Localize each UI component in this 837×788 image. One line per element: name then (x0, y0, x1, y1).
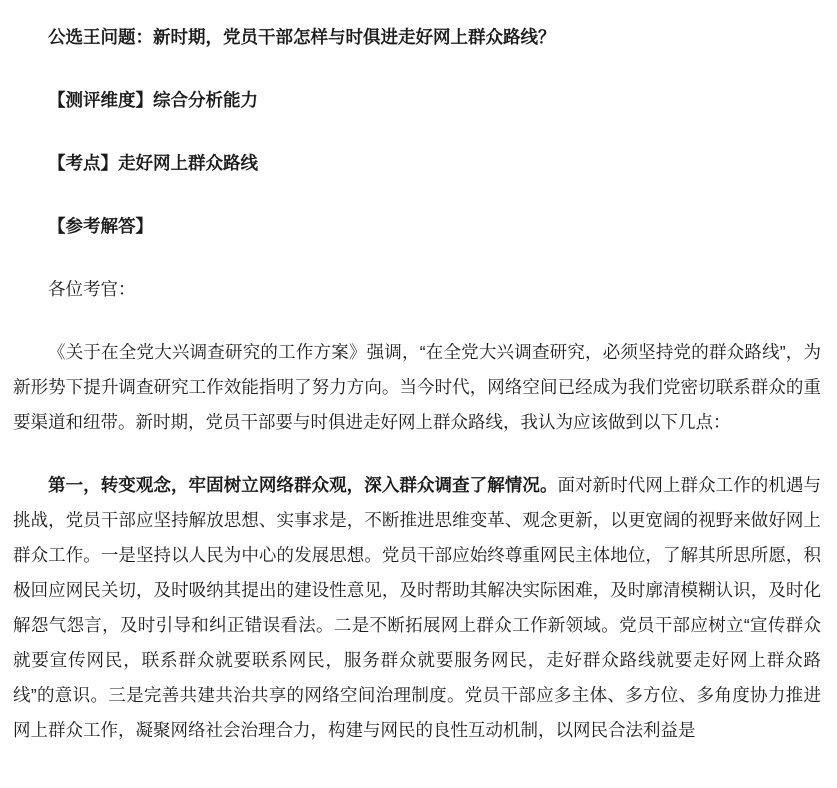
heading-exam-point: 【考点】走好网上群众路线 (13, 146, 821, 181)
paragraph-point-one-lead: 第一，转变观念，牢固树立网络群众观，深入群众调查了解情况。 (48, 475, 558, 495)
question-title: 公选王问题：新时期，党员干部怎样与时俱进走好网上群众路线？ (13, 20, 821, 55)
document-viewport: 公选王问题：新时期，党员干部怎样与时俱进走好网上群众路线？ 【测评维度】综合分析… (0, 0, 837, 788)
paragraph-point-one-text: 面对新时代网上群众工作的机遇与挑战，党员干部应坚持解放思想、实事求是，不断推进思… (13, 475, 821, 740)
salutation-line: 各位考官： (13, 272, 821, 307)
paragraph-point-one: 第一，转变观念，牢固树立网络群众观，深入群众调查了解情况。面对新时代网上群众工作… (13, 468, 821, 748)
paragraph-introduction-text: 《关于在全党大兴调查研究的工作方案》强调，“在全党大兴调查研究，必须坚持党的群众… (13, 342, 821, 432)
heading-reference-answer: 【参考解答】 (13, 209, 821, 244)
document-page: 公选王问题：新时期，党员干部怎样与时俱进走好网上群众路线？ 【测评维度】综合分析… (0, 0, 837, 748)
heading-evaluation-dimension: 【测评维度】综合分析能力 (13, 83, 821, 118)
paragraph-introduction: 《关于在全党大兴调查研究的工作方案》强调，“在全党大兴调查研究，必须坚持党的群众… (13, 335, 821, 440)
